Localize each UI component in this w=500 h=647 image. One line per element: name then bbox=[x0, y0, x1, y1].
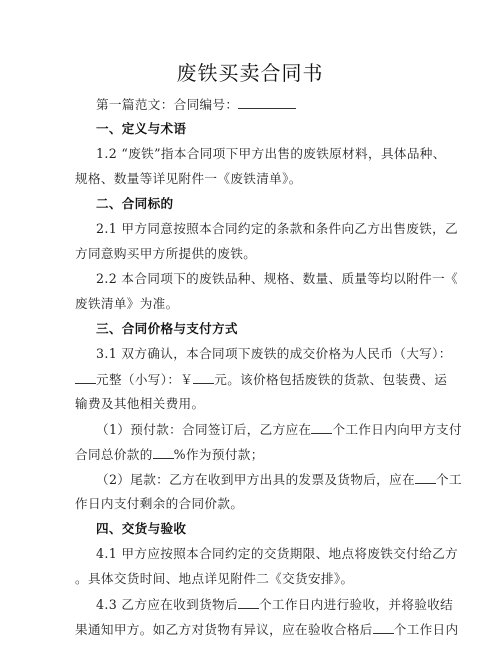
contract-number-label: 第一篇范文：合同编号： bbox=[96, 97, 238, 112]
price-number-blank[interactable] bbox=[193, 371, 214, 384]
paragraph-line: 输费及其他相关费用。 bbox=[75, 396, 421, 412]
paragraph-text: 个工作日内向甲方支付 bbox=[332, 422, 461, 437]
paragraph-line: 4.1 甲方应按照本合同约定的交货期限、地点将废铁交付给乙方 bbox=[96, 546, 421, 562]
price-line: 元整（小写）：￥元。该价格包括废铁的货款、包装费、运 bbox=[75, 371, 421, 388]
document-page: 废铁买卖合同书 第一篇范文：合同编号： 一、定义与术语 1.2 “废铁”指本合同… bbox=[0, 0, 500, 647]
paragraph-text: 元整（小写）：￥ bbox=[96, 372, 193, 387]
objection-line: 果通知甲方。如乙方对货物有异议，应在验收合格后个工作日内 bbox=[75, 621, 421, 638]
paragraph-line: 。具体交货时间、地点详见附件二《交货安排》。 bbox=[75, 571, 421, 587]
balance-days-blank[interactable] bbox=[415, 471, 436, 484]
section-heading-3: 三、合同价格与支付方式 bbox=[96, 321, 421, 337]
paragraph-line: 作日内支付剩余的合同价款。 bbox=[75, 496, 421, 512]
paragraph-line: 2.1 甲方同意按照本合同约定的条款和条件向乙方出售废铁，乙 bbox=[96, 221, 421, 237]
paragraph-text: 4.3 乙方应在收到货物后 bbox=[96, 597, 238, 612]
paragraph-line: 2.2 本合同项下的废铁品种、规格、数量、质量等均以附件一《 bbox=[96, 271, 421, 287]
paragraph-text: 合同总价款的 bbox=[75, 447, 153, 462]
contract-number-blank[interactable] bbox=[238, 96, 296, 109]
paragraph-text: %作为预付款； bbox=[174, 447, 264, 462]
contract-number-line: 第一篇范文：合同编号： bbox=[96, 96, 421, 113]
paragraph-text: 果通知甲方。如乙方对货物有异议，应在验收合格后 bbox=[75, 622, 373, 637]
section-heading-1: 一、定义与术语 bbox=[96, 121, 421, 137]
price-uppercase-blank[interactable] bbox=[75, 371, 96, 384]
balance-line: （2）尾款：乙方在收到甲方出具的发票及货物后，应在个工 bbox=[96, 471, 421, 488]
paragraph-text: 个工 bbox=[436, 472, 462, 487]
paragraph-text: （1）预付款：合同签订后，乙方应在 bbox=[96, 422, 311, 437]
paragraph-text: （2）尾款：乙方在收到甲方出具的发票及货物后，应在 bbox=[96, 472, 415, 487]
prepayment-percent-blank[interactable] bbox=[153, 446, 174, 459]
section-heading-4: 四、交货与验收 bbox=[96, 521, 421, 537]
paragraph-line: 方同意购买甲方所提供的废铁。 bbox=[75, 246, 421, 262]
paragraph-line: 3.1 双方确认，本合同项下废铁的成交价格为人民币（大写）： bbox=[96, 346, 421, 362]
paragraph-line: 规格、数量等详见附件一《废铁清单》。 bbox=[75, 171, 421, 187]
prepayment-line: （1）预付款：合同签订后，乙方应在个工作日内向甲方支付 bbox=[96, 421, 421, 438]
section-heading-2: 二、合同标的 bbox=[96, 196, 421, 212]
paragraph-line: 1.2 “废铁”指本合同项下甲方出售的废铁原材料，具体品种、 bbox=[96, 146, 421, 162]
prepayment-days-blank[interactable] bbox=[311, 421, 332, 434]
objection-days-blank[interactable] bbox=[373, 621, 394, 634]
inspection-days-blank[interactable] bbox=[238, 596, 259, 609]
paragraph-text: 个工作日内 bbox=[394, 622, 459, 637]
document-title: 废铁买卖合同书 bbox=[0, 57, 500, 86]
paragraph-line: 废铁清单》为准。 bbox=[75, 296, 421, 312]
prepayment-percent-line: 合同总价款的%作为预付款； bbox=[75, 446, 421, 463]
inspection-line: 4.3 乙方应在收到货物后个工作日内进行验收，并将验收结 bbox=[96, 596, 421, 613]
paragraph-text: 个工作日内进行验收，并将验收结 bbox=[259, 597, 453, 612]
paragraph-text: 元。该价格包括废铁的货款、包装费、运 bbox=[214, 372, 447, 387]
